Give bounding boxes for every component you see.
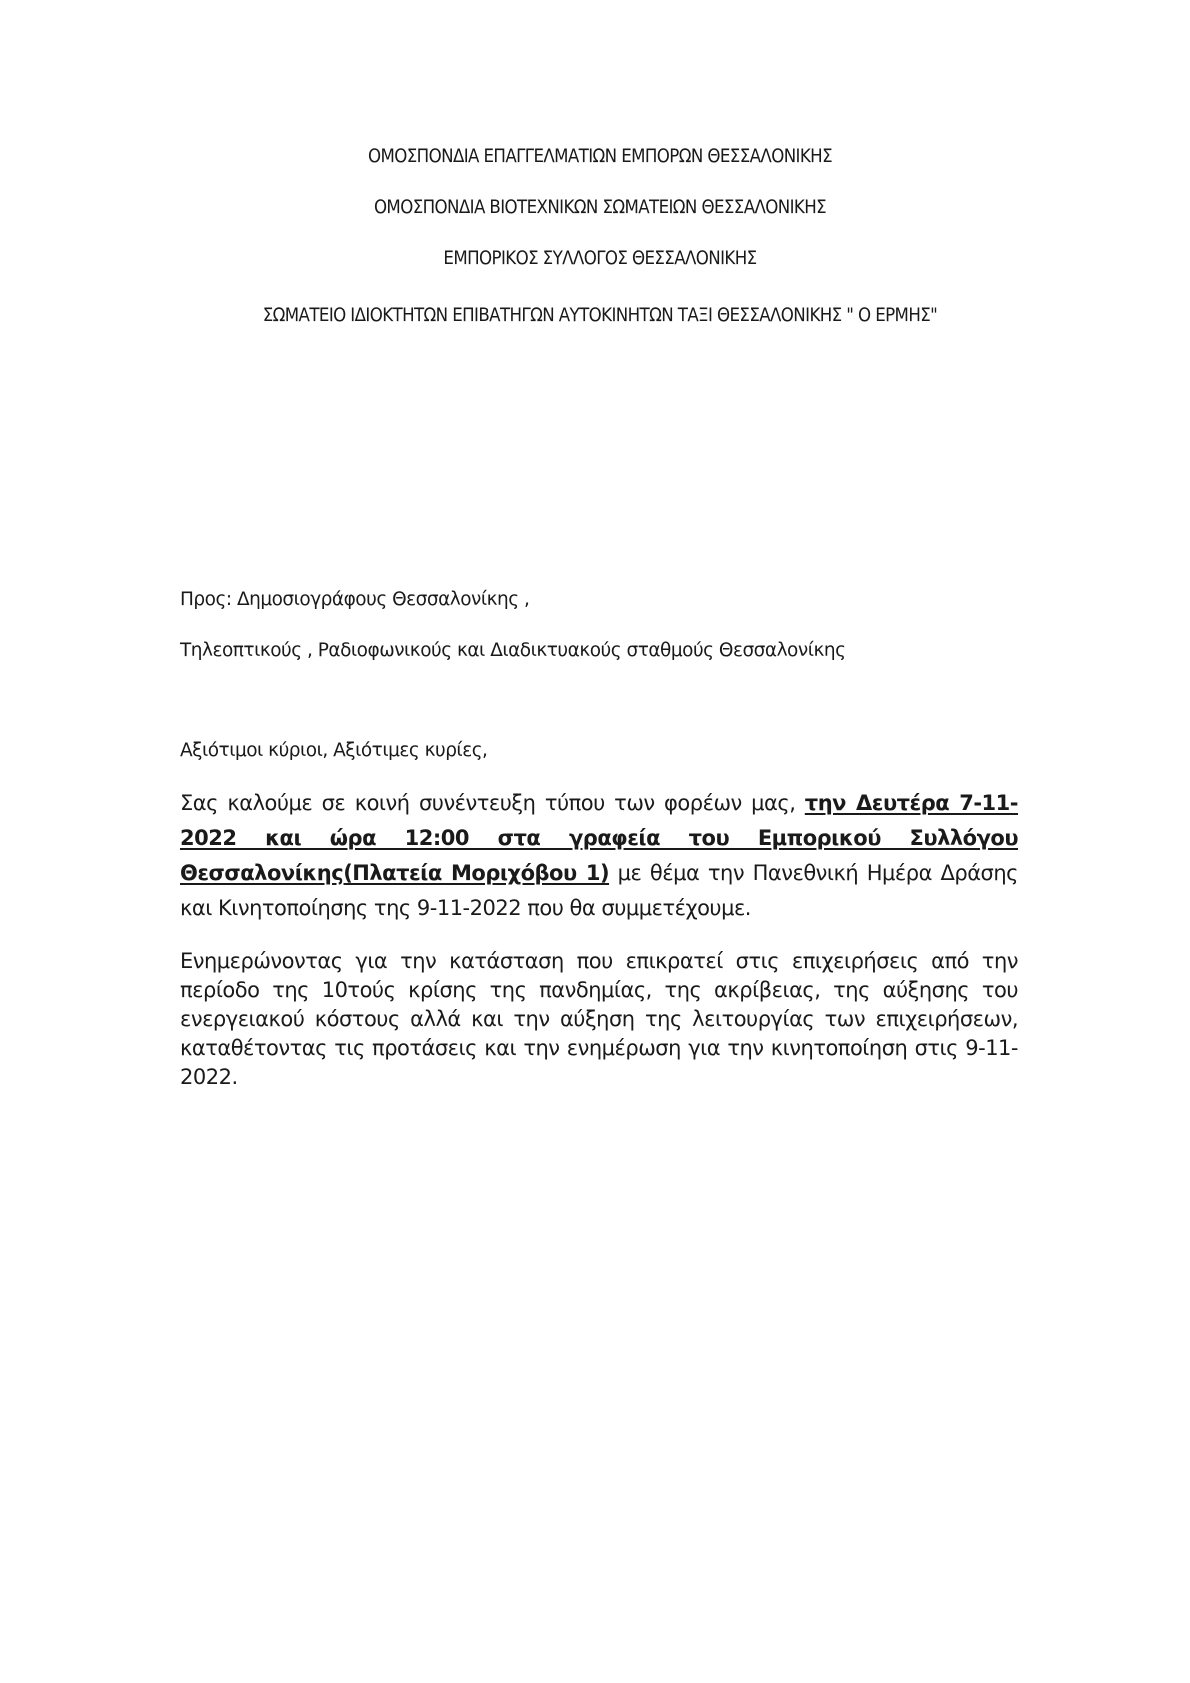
greeting: Αξιότιμοι κύριοι, Αξιότιμες κυρίες, xyxy=(180,740,487,761)
invitation-intro: Σας καλούμε σε κοινή συνέντευξη τύπου τω… xyxy=(180,791,805,815)
context-paragraph: Ενημερώνοντας για την κατάσταση που επικ… xyxy=(180,947,1018,1092)
recipients-line-2: Τηλεοπτικούς , Ραδιοφωνικούς και Διαδικτ… xyxy=(180,640,845,661)
recipients-line-1: Προς: Δημοσιογράφους Θεσσαλονίκης , xyxy=(180,589,529,610)
org-header-line-2: ΟΜΟΣΠΟΝΔΙΑ ΒΙΟΤΕΧΝΙΚΩΝ ΣΩΜΑΤΕΙΩΝ ΘΕΣΣΑΛΟ… xyxy=(180,197,1020,218)
org-header-line-1: ΟΜΟΣΠΟΝΔΙΑ ΕΠΑΓΓΕΛΜΑΤΙΩΝ ΕΜΠΟΡΩΝ ΘΕΣΣΑΛΟ… xyxy=(180,146,1020,167)
org-header-line-3: ΕΜΠΟΡΙΚΟΣ ΣΥΛΛΟΓΟΣ ΘΕΣΣΑΛΟΝΙΚΗΣ xyxy=(180,248,1020,269)
document-page: ΟΜΟΣΠΟΝΔΙΑ ΕΠΑΓΓΕΛΜΑΤΙΩΝ ΕΜΠΟΡΩΝ ΘΕΣΣΑΛΟ… xyxy=(0,0,1190,1683)
org-header-line-4: ΣΩΜΑΤΕΙΟ ΙΔΙΟΚΤΗΤΩΝ ΕΠΙΒΑΤΗΓΩΝ ΑΥΤΟΚΙΝΗΤ… xyxy=(180,300,1020,332)
invitation-paragraph: Σας καλούμε σε κοινή συνέντευξη τύπου τω… xyxy=(180,786,1018,926)
